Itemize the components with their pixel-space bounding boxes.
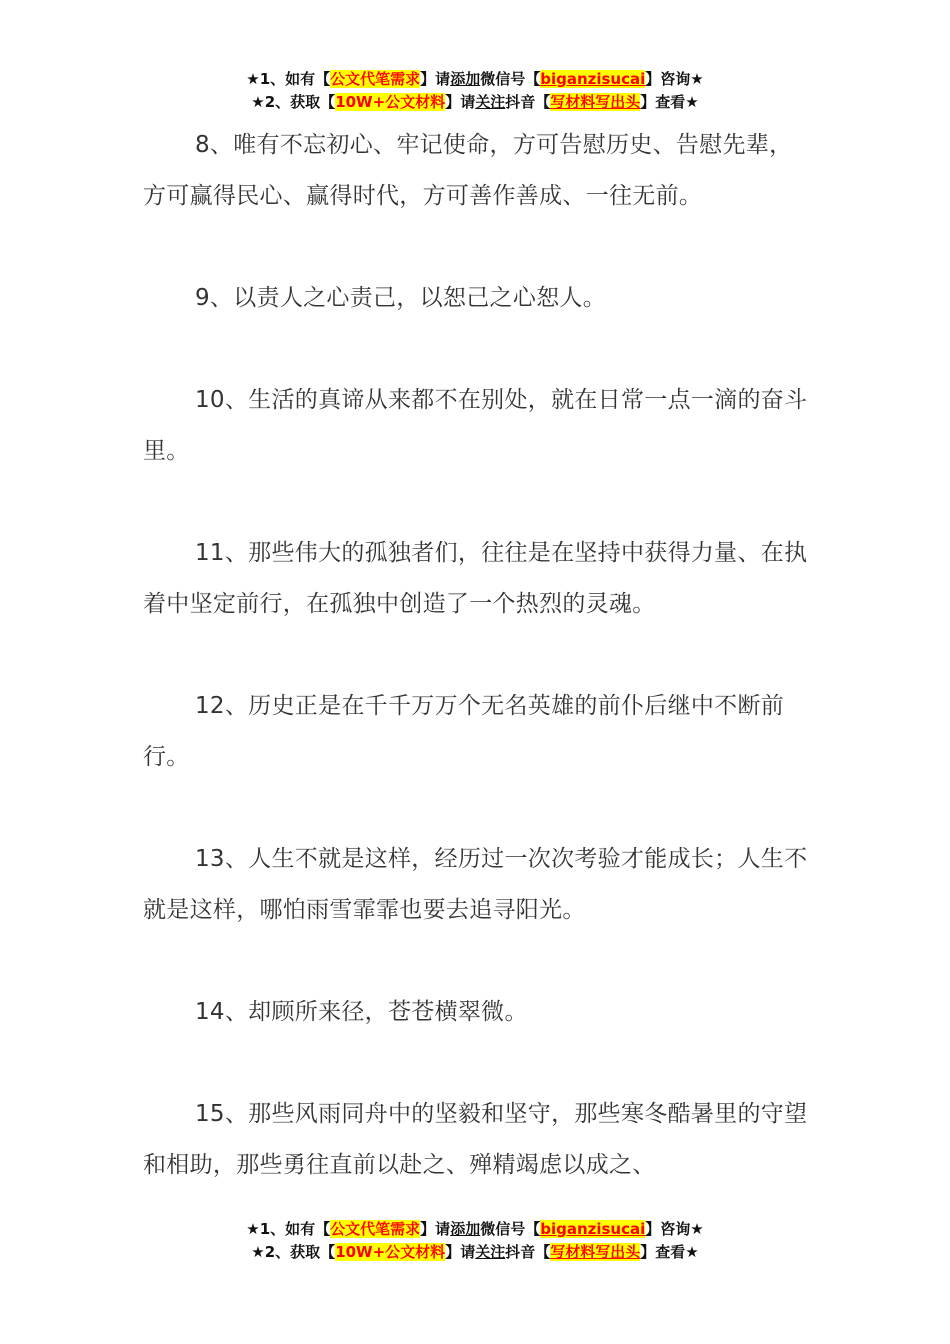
paragraph-10: 10、生活的真谛从来都不在别处，就在日常一点一滴的奋斗里。	[143, 375, 808, 477]
banner-text: 】请	[420, 70, 450, 88]
paragraph-8: 8、唯有不忘初心、牢记使命，方可告慰历史、告慰先辈，方可赢得民心、赢得时代，方可…	[143, 120, 808, 222]
banner-text: 抖音【	[505, 93, 550, 111]
banner-text: ★1、如有【	[246, 1220, 330, 1238]
paragraph-14: 14、却顾所来径，苍苍横翠微。	[143, 987, 808, 1038]
banner-line-2: ★2、获取【10W+公文材料】请关注抖音【写材料写出头】查看★	[0, 91, 950, 114]
footer-banner: ★1、如有【公文代笔需求】请添加微信号【biganzisucai】咨询★ ★2、…	[0, 1218, 950, 1264]
banner-text: 抖音【	[505, 1243, 550, 1261]
banner-text: 微信号【	[480, 70, 540, 88]
paragraph-13: 13、人生不就是这样，经历过一次次考验才能成长；人生不就是这样，哪怕雨雪霏霏也要…	[143, 834, 808, 936]
wechat-id: biganzisucai	[540, 1220, 645, 1238]
banner-text: 微信号【	[480, 1220, 540, 1238]
banner-text: ★2、获取【	[251, 93, 335, 111]
banner-text: 】查看★	[640, 93, 698, 111]
paragraph-15: 15、那些风雨同舟中的坚毅和坚守，那些寒冬酷暑里的守望和相助，那些勇往直前以赴之…	[143, 1089, 808, 1191]
paragraph-9: 9、以责人之心责己，以恕己之心恕人。	[143, 273, 808, 324]
wechat-id: biganzisucai	[540, 70, 645, 88]
banner-text: 】请	[445, 1243, 475, 1261]
douyin-account: 写材料写出头	[550, 93, 640, 111]
header-banner: ★1、如有【公文代笔需求】请添加微信号【biganzisucai】咨询★ ★2、…	[0, 68, 950, 114]
highlight-materials: 10W+公文材料	[335, 93, 445, 111]
douyin-account: 写材料写出头	[550, 1243, 640, 1261]
highlight-service: 公文代笔需求	[330, 1220, 420, 1238]
banner-text: 】咨询★	[645, 70, 703, 88]
emphasis-text: 添加	[450, 1220, 480, 1238]
emphasis-text: 添加	[450, 70, 480, 88]
banner-text: 】查看★	[640, 1243, 698, 1261]
banner-text: 】咨询★	[645, 1220, 703, 1238]
emphasis-text: 关注	[475, 93, 505, 111]
banner-line-1: ★1、如有【公文代笔需求】请添加微信号【biganzisucai】咨询★	[0, 68, 950, 91]
document-body: 8、唯有不忘初心、牢记使命，方可告慰历史、告慰先辈，方可赢得民心、赢得时代，方可…	[143, 120, 808, 1242]
banner-text: 】请	[445, 93, 475, 111]
paragraph-12: 12、历史正是在千千万万个无名英雄的前仆后继中不断前行。	[143, 681, 808, 783]
emphasis-text: 关注	[475, 1243, 505, 1261]
banner-text: ★1、如有【	[246, 70, 330, 88]
highlight-service: 公文代笔需求	[330, 70, 420, 88]
paragraph-11: 11、那些伟大的孤独者们，往往是在坚持中获得力量、在执着中坚定前行，在孤独中创造…	[143, 528, 808, 630]
banner-line-1: ★1、如有【公文代笔需求】请添加微信号【biganzisucai】咨询★	[0, 1218, 950, 1241]
highlight-materials: 10W+公文材料	[335, 1243, 445, 1261]
banner-text: 】请	[420, 1220, 450, 1238]
banner-text: ★2、获取【	[251, 1243, 335, 1261]
banner-line-2: ★2、获取【10W+公文材料】请关注抖音【写材料写出头】查看★	[0, 1241, 950, 1264]
